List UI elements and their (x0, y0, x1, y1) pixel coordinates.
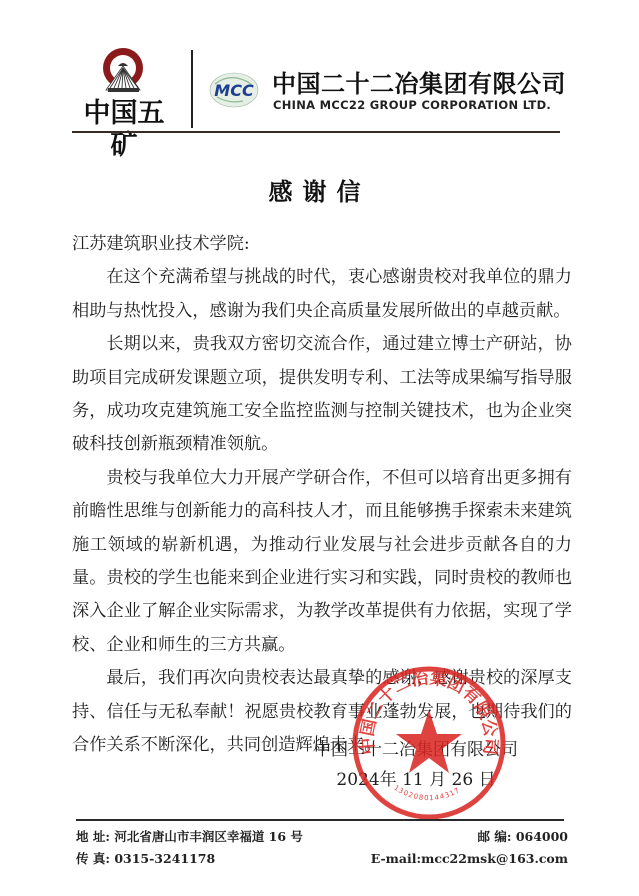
letter-title: 感谢信 (0, 172, 639, 207)
letterhead-footer: 地 址: 河北省唐山市丰润区幸福道 16 号 邮 编: 064000 传 真: … (76, 826, 568, 870)
paragraph-3: 贵校与我单位大力开展产学研合作，不但可以培育出更多拥有前瞻性思维与创新能力的高科… (72, 462, 572, 662)
address-label: 地 址: (76, 829, 110, 844)
address-value: 河北省唐山市丰润区幸福道 16 号 (114, 829, 303, 844)
company-seal-icon: 中国二十二冶集团有限公司 1302080144317 (348, 662, 510, 824)
svg-text:MCC: MCC (214, 81, 254, 100)
seal-number: 1302080144317 (392, 784, 461, 803)
fax: 传 真: 0315-3241178 (76, 848, 215, 870)
minmetals-emblem-icon (98, 46, 148, 94)
fax-label: 传 真: (76, 851, 110, 866)
postcode-label: 邮 编: (477, 829, 511, 844)
company-name-en: CHINA MCC22 GROUP CORPORATION LTD. (273, 98, 551, 112)
mcc-logo-icon: MCC (203, 70, 265, 110)
address: 地 址: 河北省唐山市丰润区幸福道 16 号 (76, 826, 303, 848)
minmetals-name: 中国五矿 (72, 98, 176, 162)
salutation: 江苏建筑职业技术学院: (72, 228, 572, 261)
header-divider (191, 50, 193, 128)
email: E-mail:mcc22msk@163.com (371, 848, 568, 870)
company-name-cn: 中国二十二冶集团有限公司 (272, 70, 566, 98)
paragraph-2: 长期以来，贵我双方密切交流合作，通过建立博士产研站，协助项目完成研发课题立项，提… (72, 328, 572, 462)
postcode-value: 064000 (516, 829, 568, 844)
email-label: E-mail: (371, 851, 421, 866)
star-icon (396, 710, 462, 773)
minmetals-logo: 中国五矿 (72, 46, 176, 132)
fax-value: 0315-3241178 (114, 851, 215, 866)
footer-rule (76, 819, 564, 821)
postcode: 邮 编: 064000 (477, 826, 568, 848)
paragraph-1: 在这个充满希望与挑战的时代，衷心感谢贵校对我单位的鼎力相助与热忱投入，感谢为我们… (72, 261, 572, 328)
email-value[interactable]: mcc22msk@163.com (421, 851, 568, 866)
header-rule (72, 131, 560, 133)
svg-text:1302080144317: 1302080144317 (392, 784, 461, 803)
